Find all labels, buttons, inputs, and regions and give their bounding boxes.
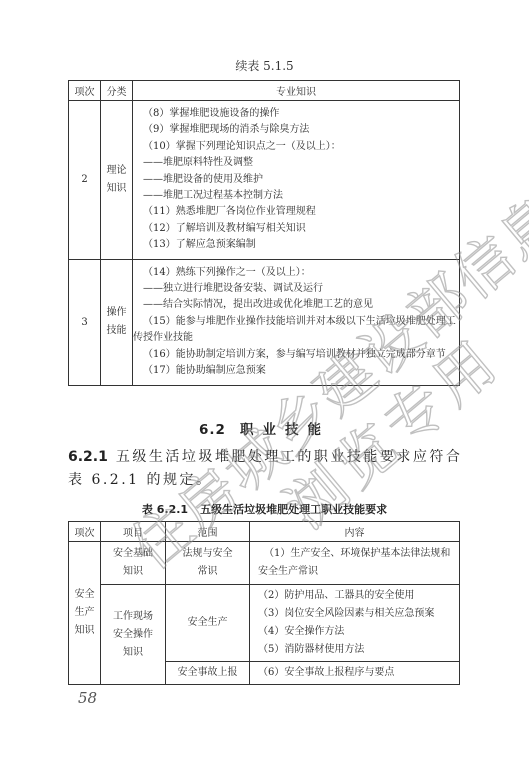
table-number: 表 6.2.1 — [142, 503, 188, 516]
header-category: 分类 — [101, 81, 133, 101]
clause-number: 6.2.1 — [68, 449, 108, 465]
list-item: （5）消防器材使用方法 — [258, 641, 455, 659]
list-item: ——堆肥工况过程基本控制方法 — [143, 188, 459, 204]
table-row: 3 操作 技能 （14）熟练下列操作之一（及以上）： ——独立进行堆肥设备安装、… — [69, 259, 460, 385]
continued-knowledge-table: 项次 分类 专业知识 2 理论 知识 （8）掌握堆肥设施设备的操作 （9）掌握堆… — [68, 80, 460, 386]
row-content: （1）生产安全、环境保护基本法律法规和安全生产常识 — [250, 542, 460, 585]
page-number: 58 — [78, 689, 97, 707]
list-item: （16）能协助制定培训方案，参与编写培训教材并独立完成部分章节 — [133, 347, 459, 363]
row-scope: 安全事故上报 — [166, 662, 250, 685]
row-content: （14）熟练下列操作之一（及以上）： ——独立进行堆肥设备安装、调试及运行 ——… — [133, 259, 460, 385]
clause-paragraph: 6.2.1五级生活垃圾堆肥处理工的职业技能要求应符合表 6.2.1 的规定。 — [68, 446, 468, 492]
list-item: ——独立进行堆肥设备安装、调试及运行 — [133, 281, 459, 297]
list-item: （14）熟练下列操作之一（及以上）： — [133, 265, 459, 281]
row-content: （2）防护用品、工器具的安全使用 （3）岗位安全风险因素与相关应急预案 （4）安… — [250, 585, 460, 662]
table-row: 2 理论 知识 （8）掌握堆肥设施设备的操作 （9）掌握堆肥现场的消杀与除臭方法… — [69, 101, 460, 260]
list-item: ——堆肥设备的使用及维护 — [143, 172, 459, 188]
list-item: （10）掌握下列理论知识点之一（及以上）： — [143, 139, 459, 155]
row-content: （6）安全事故上报程序与要点 — [250, 662, 460, 685]
header-item: 项目 — [101, 522, 166, 542]
row-category: 操作 技能 — [101, 259, 133, 385]
list-item: （12）了解培训及教材编写相关知识 — [143, 221, 459, 237]
continued-table-caption: 续表 5.1.5 — [0, 57, 529, 74]
section-number: 6.2 — [199, 422, 226, 438]
row-number: 2 — [69, 101, 101, 260]
header-scope: 范围 — [166, 522, 250, 542]
list-item: （3）岗位安全风险因素与相关应急预案 — [258, 605, 455, 623]
list-item: ——堆肥原料特性及调整 — [143, 155, 459, 171]
header-item-number: 项次 — [69, 522, 101, 542]
list-item: （2）防护用品、工器具的安全使用 — [258, 587, 455, 605]
row-item: 安全基础 知识 — [101, 542, 166, 585]
row-item: 工作现场 安全操作 知识 — [101, 585, 166, 685]
skills-requirements-table: 项次 项目 范围 内容 安全 生产 知识 安全基础 知识 法规与安全 常识 （1… — [68, 521, 460, 685]
skills-table-caption: 表 6.2.1五级生活垃圾堆肥处理工职业技能要求 — [0, 501, 529, 517]
row-scope: 法规与安全 常识 — [166, 542, 250, 585]
header-content: 内容 — [250, 522, 460, 542]
row-number: 3 — [69, 259, 101, 385]
list-item: （15）能参与堆肥作业操作技能培训并对本级以下生活垃圾堆肥处理工传授作业技能 — [133, 314, 459, 347]
list-item: （6）安全事故上报程序与要点 — [258, 667, 394, 678]
group-label: 安全 生产 知识 — [69, 542, 101, 685]
row-scope: 安全生产 — [166, 585, 250, 662]
row-content: （8）掌握堆肥设施设备的操作 （9）掌握堆肥现场的消杀与除臭方法 （10）掌握下… — [133, 101, 460, 260]
table-row: 工作现场 安全操作 知识 安全生产 （2）防护用品、工器具的安全使用 （3）岗位… — [69, 585, 460, 662]
list-item: （4）安全操作方法 — [258, 623, 455, 641]
list-item: （8）掌握堆肥设施设备的操作 — [143, 106, 459, 122]
list-item: （13）了解应急预案编制 — [143, 237, 459, 253]
list-item: （9）掌握堆肥现场的消杀与除臭方法 — [143, 122, 459, 138]
clause-text: 五级生活垃圾堆肥处理工的职业技能要求应符合表 6.2.1 的规定。 — [68, 449, 462, 488]
table-title: 五级生活垃圾堆肥处理工职业技能要求 — [200, 503, 387, 516]
section-heading: 6.2职业技能 — [0, 418, 529, 438]
header-professional-knowledge: 专业知识 — [133, 81, 460, 101]
list-item: ——结合实际情况，提出改进或优化堆肥工艺的意见 — [133, 297, 459, 313]
header-item-number: 项次 — [69, 81, 101, 101]
table-header-row: 项次 分类 专业知识 — [69, 81, 460, 101]
table-row: 安全 生产 知识 安全基础 知识 法规与安全 常识 （1）生产安全、环境保护基本… — [69, 542, 460, 585]
list-item: （17）能协助编制应急预案 — [133, 363, 459, 379]
row-category: 理论 知识 — [101, 101, 133, 260]
list-item: （11）熟悉堆肥厂各岗位作业管理规程 — [143, 204, 459, 220]
section-title: 职业技能 — [240, 422, 330, 438]
table-header-row: 项次 项目 范围 内容 — [69, 522, 460, 542]
